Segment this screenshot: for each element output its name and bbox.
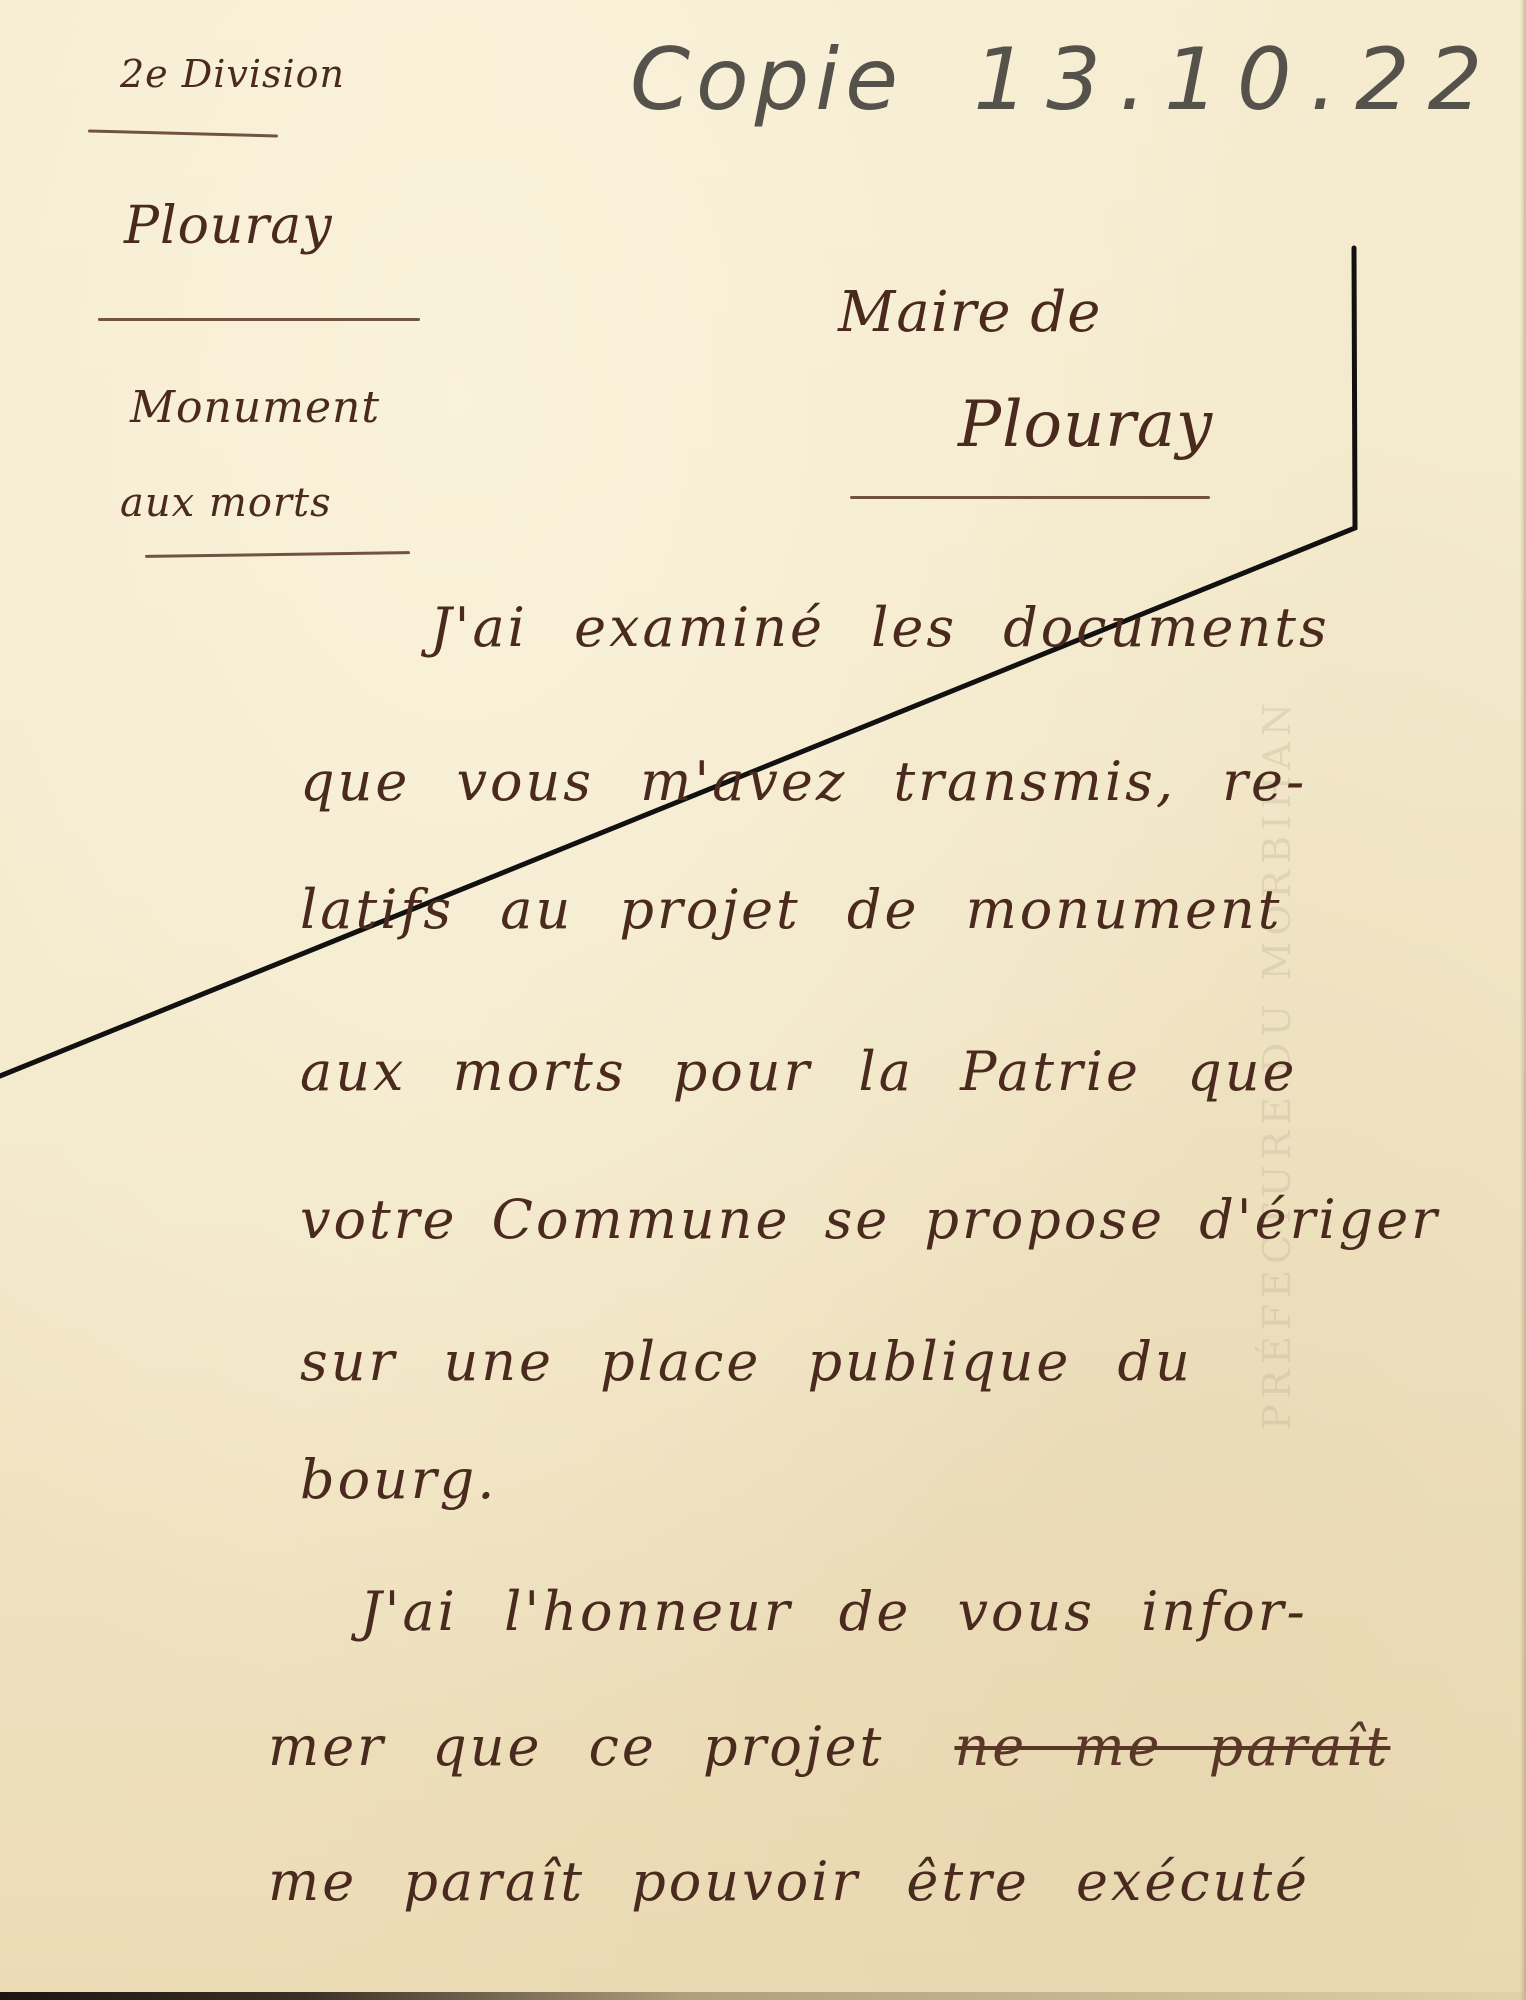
body-line-8: J'ai l'honneur de vous infor- (360, 1580, 1308, 1643)
addressee-underline (850, 496, 1210, 499)
margin-note-subject-line1: Monument (130, 382, 380, 433)
margin-note-division: 2e Division (120, 52, 345, 96)
scan-bottom-edge (0, 1992, 1526, 2000)
body-line-9-text: mer que ce projet (268, 1715, 884, 1778)
body-line-3: latifs au projet de monument (300, 878, 1283, 941)
body-line-4: aux morts pour la Patrie que (300, 1040, 1297, 1103)
body-line-9: mer que ce projet ne me paraît (268, 1715, 1390, 1778)
addressee-line1: Maire de (838, 280, 1101, 345)
pencil-copy-annotation: Copie 13.10.22 (630, 30, 1500, 130)
margin-note-commune: Plouray (124, 196, 333, 256)
body-line-6: sur une place publique du (300, 1330, 1193, 1393)
pencil-date: 13.10.22 (973, 30, 1500, 130)
body-line-10: me paraît pouvoir être exécuté (268, 1850, 1310, 1913)
body-line-7: bourg. (300, 1448, 497, 1511)
struck-out-words: ne me paraît (954, 1715, 1390, 1778)
paper-edge (1520, 0, 1526, 2000)
body-line-5: votre Commune se propose d'ériger (300, 1188, 1440, 1251)
margin-note-subject-line2: aux morts (120, 480, 332, 526)
addressee-line2: Plouray (958, 388, 1213, 462)
margin-note-commune-underline (98, 318, 420, 321)
pencil-copy-word: Copie (630, 30, 904, 130)
body-line-2: que vous m'avez transmis, re- (300, 750, 1307, 813)
body-line-1: J'ai examiné les documents (430, 596, 1330, 659)
